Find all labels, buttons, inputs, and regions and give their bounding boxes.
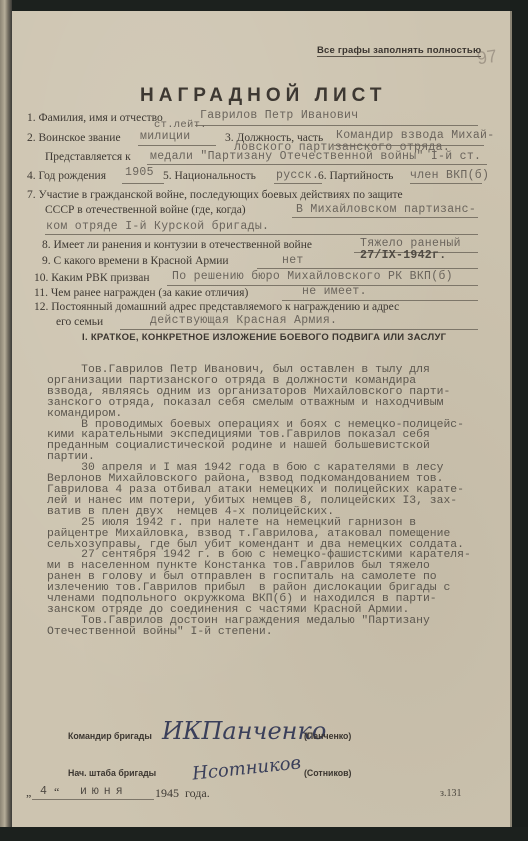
date-quote-open: „	[26, 785, 31, 800]
field-9-line	[257, 268, 478, 269]
field-7-label-line1: 7. Участие в гражданской войне, последую…	[27, 189, 403, 201]
date-month-line	[62, 799, 154, 800]
field-7-label-line2: СССР в отечественной войне (где, когда)	[45, 204, 246, 216]
date-year: 1945	[155, 786, 179, 801]
corner-mark: 97	[476, 46, 499, 70]
header-note: Все графы заполнять полностью	[317, 45, 481, 57]
scan-border-bottom	[0, 827, 528, 841]
field-7-line2	[45, 234, 478, 235]
date-month: июня	[80, 785, 128, 798]
field-7-value-line1: В Михайловском партизанс-	[296, 203, 476, 216]
field-12-label-line1: 12. Постоянный домашний адрес представля…	[34, 301, 399, 313]
field-2-value: милиции	[140, 130, 190, 143]
field-9-value: нет	[282, 254, 304, 267]
field-9-label: 9. С какого времени в Красной Армии	[42, 255, 229, 267]
binding-edge	[0, 0, 12, 841]
field-6-label: 6. Партийность	[318, 170, 393, 182]
field-1-value: Гаврилов Петр Иванович	[200, 109, 358, 122]
field-5-line	[274, 183, 322, 184]
field-7-value-line2: ком отряде I-й Курской бригады.	[46, 220, 269, 233]
field-2-label: 2. Воинское звание	[27, 132, 121, 144]
award-value: медали "Партизану Отечественной войны" I…	[150, 150, 481, 163]
field-10-label: 10. Каким РВК призван	[34, 272, 150, 284]
document-title: НАГРАДНОЙ ЛИСТ	[140, 85, 386, 107]
narrative-text: Тов.Гаврилов Петр Иванович, был оставлен…	[47, 365, 517, 638]
field-11-label: 11. Чем ранее награжден (за какие отличи…	[34, 287, 248, 299]
award-label: Представляется к	[45, 151, 131, 163]
scan-border-top	[0, 0, 528, 11]
field-12-label-line2: его семьи	[56, 316, 103, 328]
field-6-value: член ВКП(б)	[410, 169, 489, 182]
commander-label: Командир бригады	[68, 731, 152, 741]
award-sheet: Все графы заполнять полностью 97 НАГРАДН…	[12, 11, 512, 827]
award-line	[147, 164, 487, 165]
field-7-line1	[292, 217, 478, 218]
section-heading: I. КРАТКОЕ, КОНКРЕТНОЕ ИЗЛОЖЕНИЕ БОЕВОГО…	[82, 332, 446, 343]
field-6-line	[410, 183, 482, 184]
date-suffix: года.	[185, 786, 210, 801]
field-11-value: не имеет.	[302, 285, 367, 298]
field-12-value: действующая Красная Армия.	[150, 314, 337, 327]
field-2-line	[138, 145, 216, 146]
field-4-label: 4. Год рождения	[27, 170, 106, 182]
field-8-label: 8. Имеет ли ранения и контузии в отечест…	[42, 239, 312, 251]
date-quote-close: “	[54, 785, 59, 800]
chief-of-staff-name: (Сотников)	[304, 768, 351, 778]
field-4-value: 1905	[125, 166, 154, 179]
field-12-line	[120, 329, 478, 330]
field-4-line	[122, 183, 164, 184]
field-1-label: 1. Фамилия, имя и отчество	[27, 112, 163, 124]
page-mark: з.131	[440, 788, 461, 799]
field-5-label: 5. Национальность	[163, 170, 256, 182]
chief-of-staff-signature: Нсотников	[191, 752, 302, 784]
date-day: 4	[40, 785, 47, 798]
commander-name: (Панченко)	[304, 731, 351, 741]
chief-of-staff-label: Нач. штаба бригады	[68, 768, 156, 778]
field-1-line	[195, 125, 478, 126]
commander-signature: ИКПанченко	[162, 717, 326, 745]
field-5-value: русск.	[276, 169, 319, 182]
field-8-date: 27/IX-1942г.	[360, 249, 446, 262]
field-10-value: По решению бюро Михайловского РК ВКП(б)	[172, 270, 453, 283]
